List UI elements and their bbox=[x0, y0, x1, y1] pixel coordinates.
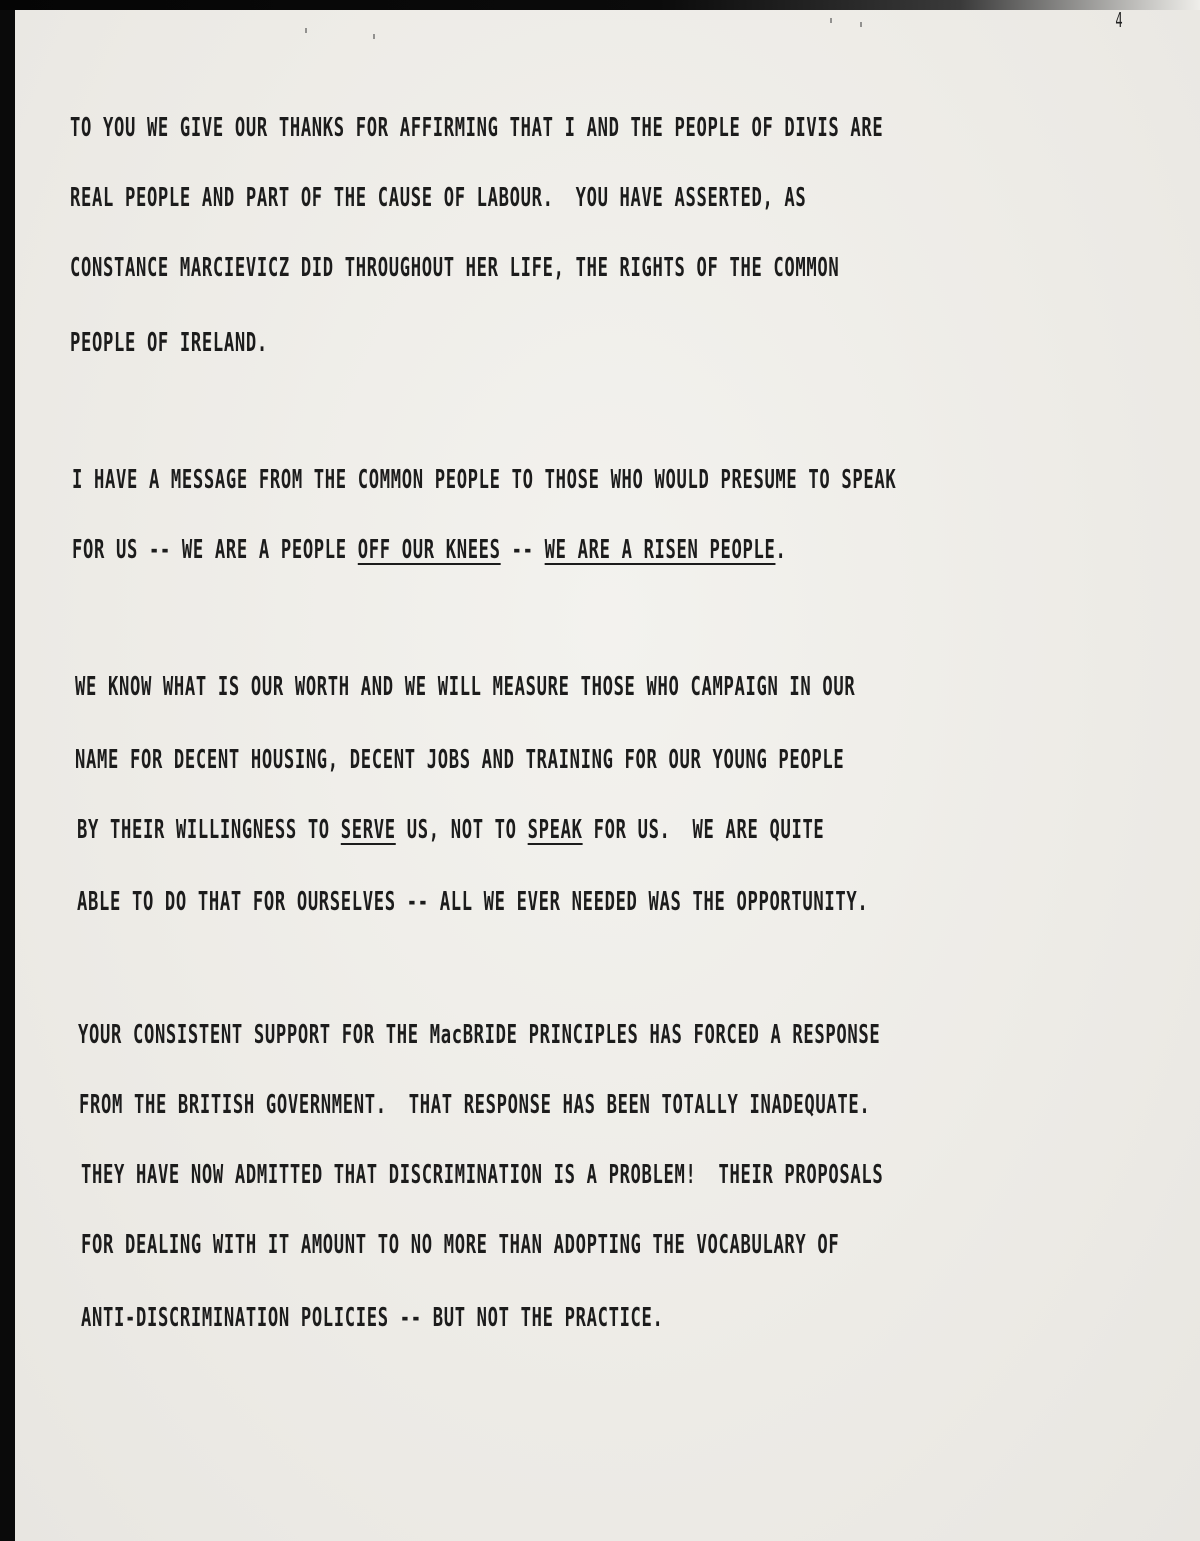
text-run: . bbox=[775, 535, 786, 565]
text-line: FROM THE BRITISH GOVERNMENT. THAT RESPON… bbox=[79, 1090, 870, 1120]
text-run: FOR US -- WE ARE A PEOPLE bbox=[72, 535, 358, 565]
text-run: -- bbox=[501, 535, 545, 565]
text-run: FOR DEALING WITH IT AMOUNT TO NO MORE TH… bbox=[81, 1230, 839, 1260]
underlined-text: WE ARE A RISEN PEOPLE bbox=[545, 535, 776, 565]
text-run: YOUR CONSISTENT SUPPORT FOR THE MacBRIDE… bbox=[78, 1020, 880, 1050]
text-run: REAL PEOPLE AND PART OF THE CAUSE OF LAB… bbox=[70, 183, 806, 213]
text-run: FROM THE BRITISH GOVERNMENT. THAT RESPON… bbox=[79, 1090, 870, 1120]
text-line: FOR US -- WE ARE A PEOPLE OFF OUR KNEES … bbox=[72, 535, 786, 565]
scan-border-left bbox=[0, 0, 15, 1541]
text-run: US, NOT TO bbox=[396, 815, 528, 845]
scan-speck bbox=[830, 18, 832, 23]
underlined-text: OFF OUR KNEES bbox=[358, 535, 501, 565]
scan-border-top bbox=[0, 0, 1200, 10]
text-run: CONSTANCE MARCIEVICZ DID THROUGHOUT HER … bbox=[70, 253, 839, 283]
text-run: I HAVE A MESSAGE FROM THE COMMON PEOPLE … bbox=[72, 465, 896, 495]
scan-speck bbox=[373, 34, 375, 39]
scan-speck bbox=[305, 28, 307, 33]
text-line: REAL PEOPLE AND PART OF THE CAUSE OF LAB… bbox=[70, 183, 806, 213]
document-page: 4 TO YOU WE GIVE OUR THANKS FOR AFFIRMIN… bbox=[15, 10, 1200, 1541]
text-line: TO YOU WE GIVE OUR THANKS FOR AFFIRMING … bbox=[70, 113, 883, 143]
scan-speck bbox=[860, 22, 862, 27]
text-run: PEOPLE OF IRELAND. bbox=[70, 328, 268, 358]
text-run: THEY HAVE NOW ADMITTED THAT DISCRIMINATI… bbox=[81, 1160, 883, 1190]
underlined-text: SPEAK bbox=[528, 815, 583, 845]
text-line: YOUR CONSISTENT SUPPORT FOR THE MacBRIDE… bbox=[78, 1020, 880, 1050]
text-run: ANTI-DISCRIMINATION POLICIES -- BUT NOT … bbox=[81, 1303, 664, 1333]
page-number: 4 bbox=[1115, 10, 1122, 30]
text-run: NAME FOR DECENT HOUSING, DECENT JOBS AND… bbox=[75, 745, 844, 775]
text-line: FOR DEALING WITH IT AMOUNT TO NO MORE TH… bbox=[81, 1230, 839, 1260]
text-line: ABLE TO DO THAT FOR OURSELVES -- ALL WE … bbox=[77, 887, 868, 917]
text-run: FOR US. WE ARE QUITE bbox=[583, 815, 825, 845]
text-line: I HAVE A MESSAGE FROM THE COMMON PEOPLE … bbox=[72, 465, 896, 495]
text-line: BY THEIR WILLINGNESS TO SERVE US, NOT TO… bbox=[77, 815, 824, 845]
text-run: BY THEIR WILLINGNESS TO bbox=[77, 815, 341, 845]
text-line: NAME FOR DECENT HOUSING, DECENT JOBS AND… bbox=[75, 745, 844, 775]
text-run: WE KNOW WHAT IS OUR WORTH AND WE WILL ME… bbox=[75, 672, 855, 702]
text-line: PEOPLE OF IRELAND. bbox=[70, 328, 268, 358]
text-run: TO YOU WE GIVE OUR THANKS FOR AFFIRMING … bbox=[70, 113, 883, 143]
text-line: CONSTANCE MARCIEVICZ DID THROUGHOUT HER … bbox=[70, 253, 839, 283]
text-run: ABLE TO DO THAT FOR OURSELVES -- ALL WE … bbox=[77, 887, 868, 917]
underlined-text: SERVE bbox=[341, 815, 396, 845]
text-line: THEY HAVE NOW ADMITTED THAT DISCRIMINATI… bbox=[81, 1160, 883, 1190]
text-line: ANTI-DISCRIMINATION POLICIES -- BUT NOT … bbox=[81, 1303, 664, 1333]
text-line: WE KNOW WHAT IS OUR WORTH AND WE WILL ME… bbox=[75, 672, 855, 702]
